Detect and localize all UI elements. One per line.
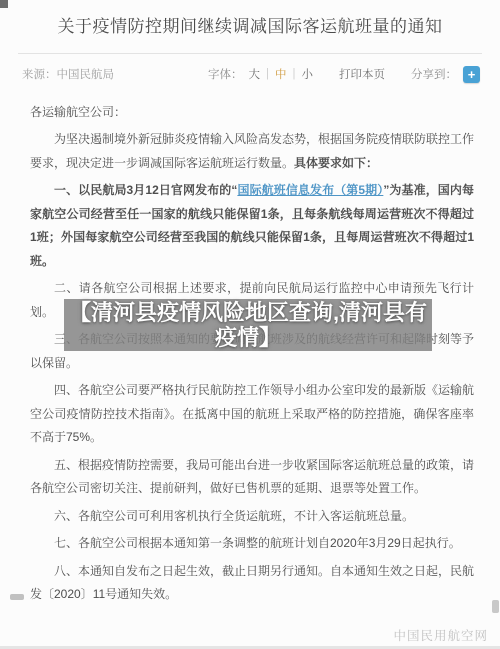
edge-artifact (10, 594, 24, 600)
overlay-text-line2: 疫情】 (215, 325, 281, 350)
item-1-prefix: 一、以民航局3月12日官网发布的“ (54, 183, 237, 197)
share-more-button[interactable]: + (463, 66, 480, 83)
item-7: 七、各航空公司根据本通知第一条调整的航班计划自2020年3月29日起执行。 (30, 532, 474, 556)
flight-info-release-link[interactable]: 国际航班信息发布（第5期） (237, 183, 383, 197)
salutation: 各运输航空公司： (30, 101, 474, 125)
item-1: 一、以民航局3月12日官网发布的“国际航班信息发布（第5期）”为基准，国内每家航… (30, 179, 474, 273)
corner-artifact (0, 0, 8, 8)
separator: | (266, 68, 269, 80)
site-watermark: 中国民用航空网 (393, 626, 488, 644)
item-8: 八、本通知自发布之日起生效，截止日期另行通知。自本通知生效之日起，民航发〔202… (30, 560, 474, 607)
font-large-button[interactable]: 大 (249, 66, 261, 82)
intro-bold-text: 具体要求如下： (294, 156, 378, 170)
intro-text: 为坚决遏制境外新冠肺炎疫情输入风险高发态势，根据国务院疫情联防联控工作要求，现决… (30, 132, 474, 170)
font-small-button[interactable]: 小 (302, 66, 314, 82)
plus-icon: + (468, 68, 476, 81)
item-4: 四、各航空公司要严格执行民航防控工作领导小组办公室印发的最新版《运输航空公司疫情… (30, 379, 474, 450)
title-divider (18, 53, 482, 54)
edge-artifact (492, 600, 499, 613)
page-tools: 字体： 大 | 中 | 小 打印本页 分享到： + (208, 66, 480, 83)
epidemic-query-overlay-banner: 【清河县疫情风险地区查询,清河县有 疫情】 (64, 299, 432, 351)
notice-page: 关于疫情防控期间继续调减国际客运航班量的通知 来源：中国民航局 字体： 大 | … (0, 0, 500, 649)
overlay-text-line1: 【清河县疫情风险地区查询,清河县有 (69, 300, 427, 325)
item-5: 五、根据疫情防控需要，我局可能出台进一步收紧国际客运航班总量的政策，请各航空公司… (30, 454, 474, 501)
intro-paragraph: 为坚决遏制境外新冠肺炎疫情输入风险高发态势，根据国务院疫情联防联控工作要求，现决… (30, 128, 474, 175)
share-to-label: 分享到： (411, 66, 457, 82)
source-label: 来源：中国民航局 (22, 66, 114, 82)
meta-bar: 来源：中国民航局 字体： 大 | 中 | 小 打印本页 分享到： + (22, 66, 480, 83)
font-size-label: 字体： (208, 66, 243, 82)
print-page-button[interactable]: 打印本页 (339, 66, 385, 82)
separator: | (293, 68, 296, 80)
page-title: 关于疫情防控期间继续调减国际客运航班量的通知 (0, 0, 500, 40)
font-medium-button[interactable]: 中 (275, 66, 287, 82)
item-6: 六、各航空公司可利用客机执行全货运航班，不计入客运航班总量。 (30, 505, 474, 529)
notice-body: 各运输航空公司： 为坚决遏制境外新冠肺炎疫情输入风险高发态势，根据国务院疫情联防… (30, 101, 474, 607)
